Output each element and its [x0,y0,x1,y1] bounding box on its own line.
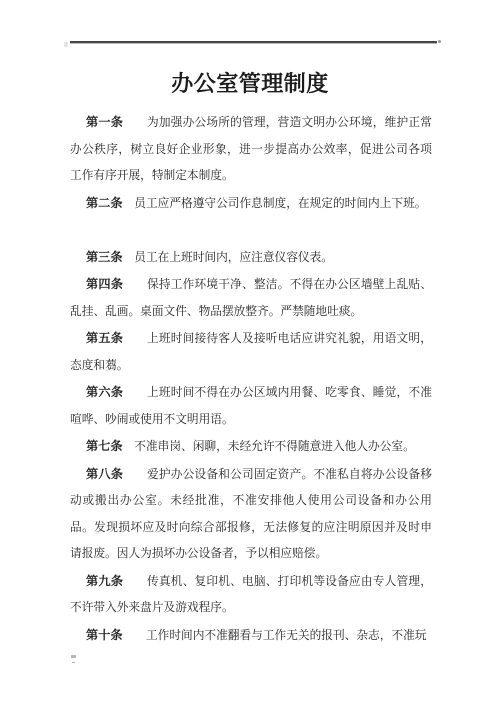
article-3-text: 员工在上班时间内，应注意仪容仪表。 [123,251,333,264]
article-9-label: 第九条 [86,574,123,588]
article-6-label: 第六条 [86,385,123,399]
rule-end-dot [438,40,441,43]
article-6: 第六条 上班时间不得在办公区域内用餐、吃零食、睡觉，不准喧哗、吵闹或使用不文明用… [70,379,432,433]
article-7: 第七条 不准串岗、闲聊，未经允许不得随意进入他人办公室。 [70,433,432,461]
article-2: 第二条 员工应严格遵守公司作息制度，在规定的时间内上下班。 [70,190,432,218]
article-4-text: 保持工作环境干净、整洁。不得在办公区墙壁上乱贴、乱挂、乱画。桌面文件、物品摆放整… [70,278,432,318]
document-title: 办公室管理制度 [0,71,500,97]
article-8-text: 爱护办公设备和公司固定资产。不准私自将办公设备移动或搬出办公室。未经批准，不准安… [70,468,432,561]
article-6-text: 上班时间不得在办公区域内用餐、吃零食、睡觉，不准喧哗、吵闹或使用不文明用语。 [70,386,432,426]
article-7-label: 第七条 [86,439,123,453]
article-10-label: 第十条 [86,628,123,642]
article-9: 第九条 传真机、复印机、电脑、打印机等设备应由专人管理，不许带入外来盘片及游戏程… [70,568,432,622]
article-1-text: 为加强办公场所的管理，营造文明办公环境，维护正常办公秩序，树立良好企业形象，进一… [70,116,432,182]
article-5-label: 第五条 [86,331,123,345]
article-10: 第十条 工作时间内不准翻看与工作无关的报刊、杂志，不准玩 [70,622,432,650]
rule-left-smudge [64,42,68,47]
article-5: 第五条 上班时间接待客人及接听电话应讲究礼貌，用语文明，态度和蒭。 [70,325,432,379]
header-rule [70,41,437,44]
article-7-text: 不准串岗、闲聊，未经允许不得随意进入他人办公室。 [123,440,415,453]
article-2-text: 员工应严格遵守公司作息制度，在规定的时间内上下班。 [123,197,427,210]
article-8-label: 第八条 [86,467,123,481]
article-5-text: 上班时间接待客人及接听电话应讲究礼貌，用语文明，态度和蒭。 [70,332,432,372]
article-3-label: 第三条 [86,250,123,264]
article-8: 第八条 爱护办公设备和公司固定资产。不准私自将办公设备移动或搬出办公室。未经批准… [70,461,432,568]
document-body: 第一条 为加强办公场所的管理，营造文明办公环境，维护正常办公秩序，树立良好企业形… [70,109,432,649]
article-9-text: 传真机、复印机、电脑、打印机等设备应由专人管理，不许带入外来盘片及游戏程序。 [70,575,432,615]
article-2-label: 第二条 [86,196,123,210]
article-3: 第三条 员工在上班时间内，应注意仪容仪表。 [70,244,432,272]
article-1-label: 第一条 [86,115,123,129]
stray-mark-bottom-left [71,655,76,658]
document-page: 办公室管理制度 第一条 为加强办公场所的管理，营造文明办公环境，维护正常办公秩序… [0,0,500,708]
article-4-label: 第四条 [86,277,123,291]
article-1: 第一条 为加强办公场所的管理，营造文明办公环境，维护正常办公秩序，树立良好企业形… [70,109,432,190]
article-10-text: 工作时间内不准翻看与工作无关的报刊、杂志，不准玩 [123,629,427,642]
article-4: 第四条 保持工作环境干净、整洁。不得在办公区墙壁上乱贴、乱挂、乱画。桌面文件、物… [70,271,432,325]
